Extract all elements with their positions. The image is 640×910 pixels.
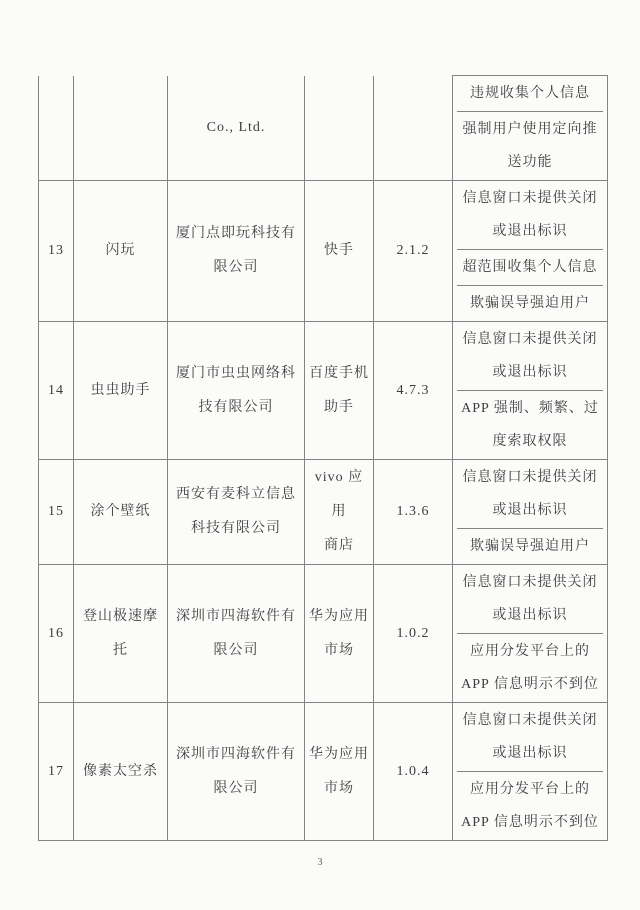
table-row: 16登山极速摩 托深圳市四海软件有 限公司华为应用 市场1.0.2信息窗口未提供… [39,565,608,703]
version-cell: 1.0.2 [374,565,453,703]
violation-item: 信息窗口未提供关闭 或退出标识 [457,703,603,771]
violation-item: APP 强制、频繁、过 度索取权限 [457,390,603,459]
company-cell: 深圳市四海软件有 限公司 [168,703,305,841]
store-cell: 华为应用 市场 [305,565,374,703]
company-cell: Co., Ltd. [168,76,305,181]
store-cell: 华为应用 市场 [305,703,374,841]
no-cell: 17 [39,703,74,841]
violation-item: 超范围收集个人信息 [457,249,603,285]
violation-item: 应用分发平台上的 APP 信息明示不到位 [457,633,603,702]
app-name-cell: 像素太空杀 [74,703,168,841]
app-name-cell [74,76,168,181]
store-cell [305,76,374,181]
violation-item: 应用分发平台上的 APP 信息明示不到位 [457,771,603,840]
table-row: 13闪玩厦门点即玩科技有 限公司快手2.1.2信息窗口未提供关闭 或退出标识超范… [39,181,608,322]
violations-cell: 信息窗口未提供关闭 或退出标识APP 强制、频繁、过 度索取权限 [453,322,608,460]
violations-cell: 信息窗口未提供关闭 或退出标识超范围收集个人信息欺骗误导强迫用户 [453,181,608,322]
violations-cell: 信息窗口未提供关闭 或退出标识应用分发平台上的 APP 信息明示不到位 [453,565,608,703]
company-cell: 西安有麦科立信息 科技有限公司 [168,460,305,565]
violation-item: 信息窗口未提供关闭 或退出标识 [457,565,603,633]
company-cell: 深圳市四海软件有 限公司 [168,565,305,703]
no-cell: 13 [39,181,74,322]
table-row: 14虫虫助手厦门市虫虫网络科 技有限公司百度手机 助手4.7.3信息窗口未提供关… [39,322,608,460]
violation-item: 违规收集个人信息 [457,76,603,111]
version-cell: 4.7.3 [374,322,453,460]
report-table-body: Co., Ltd.违规收集个人信息强制用户使用定向推 送功能13闪玩厦门点即玩科… [39,76,608,841]
version-cell [374,76,453,181]
table-row: Co., Ltd.违规收集个人信息强制用户使用定向推 送功能 [39,76,608,181]
violation-item: 欺骗误导强迫用户 [457,285,603,321]
company-cell: 厦门点即玩科技有 限公司 [168,181,305,322]
table-row: 15涂个壁纸西安有麦科立信息 科技有限公司vivo 应用 商店1.3.6信息窗口… [39,460,608,565]
version-cell: 2.1.2 [374,181,453,322]
document-page: Co., Ltd.违规收集个人信息强制用户使用定向推 送功能13闪玩厦门点即玩科… [0,0,640,910]
violations-cell: 信息窗口未提供关闭 或退出标识欺骗误导强迫用户 [453,460,608,565]
app-name-cell: 虫虫助手 [74,322,168,460]
app-name-cell: 登山极速摩 托 [74,565,168,703]
violations-cell: 违规收集个人信息强制用户使用定向推 送功能 [453,76,608,181]
no-cell: 15 [39,460,74,565]
page-number: 3 [0,857,640,868]
no-cell [39,76,74,181]
company-cell: 厦门市虫虫网络科 技有限公司 [168,322,305,460]
violation-item: 强制用户使用定向推 送功能 [457,111,603,180]
violation-item: 欺骗误导强迫用户 [457,528,603,564]
table-row: 17像素太空杀深圳市四海软件有 限公司华为应用 市场1.0.4信息窗口未提供关闭… [39,703,608,841]
app-name-cell: 闪玩 [74,181,168,322]
store-cell: 快手 [305,181,374,322]
violation-item: 信息窗口未提供关闭 或退出标识 [457,181,603,249]
app-name-cell: 涂个壁纸 [74,460,168,565]
violation-item: 信息窗口未提供关闭 或退出标识 [457,460,603,528]
no-cell: 16 [39,565,74,703]
report-table: Co., Ltd.违规收集个人信息强制用户使用定向推 送功能13闪玩厦门点即玩科… [38,75,608,841]
violations-cell: 信息窗口未提供关闭 或退出标识应用分发平台上的 APP 信息明示不到位 [453,703,608,841]
store-cell: vivo 应用 商店 [305,460,374,565]
version-cell: 1.3.6 [374,460,453,565]
no-cell: 14 [39,322,74,460]
store-cell: 百度手机 助手 [305,322,374,460]
version-cell: 1.0.4 [374,703,453,841]
violation-item: 信息窗口未提供关闭 或退出标识 [457,322,603,390]
